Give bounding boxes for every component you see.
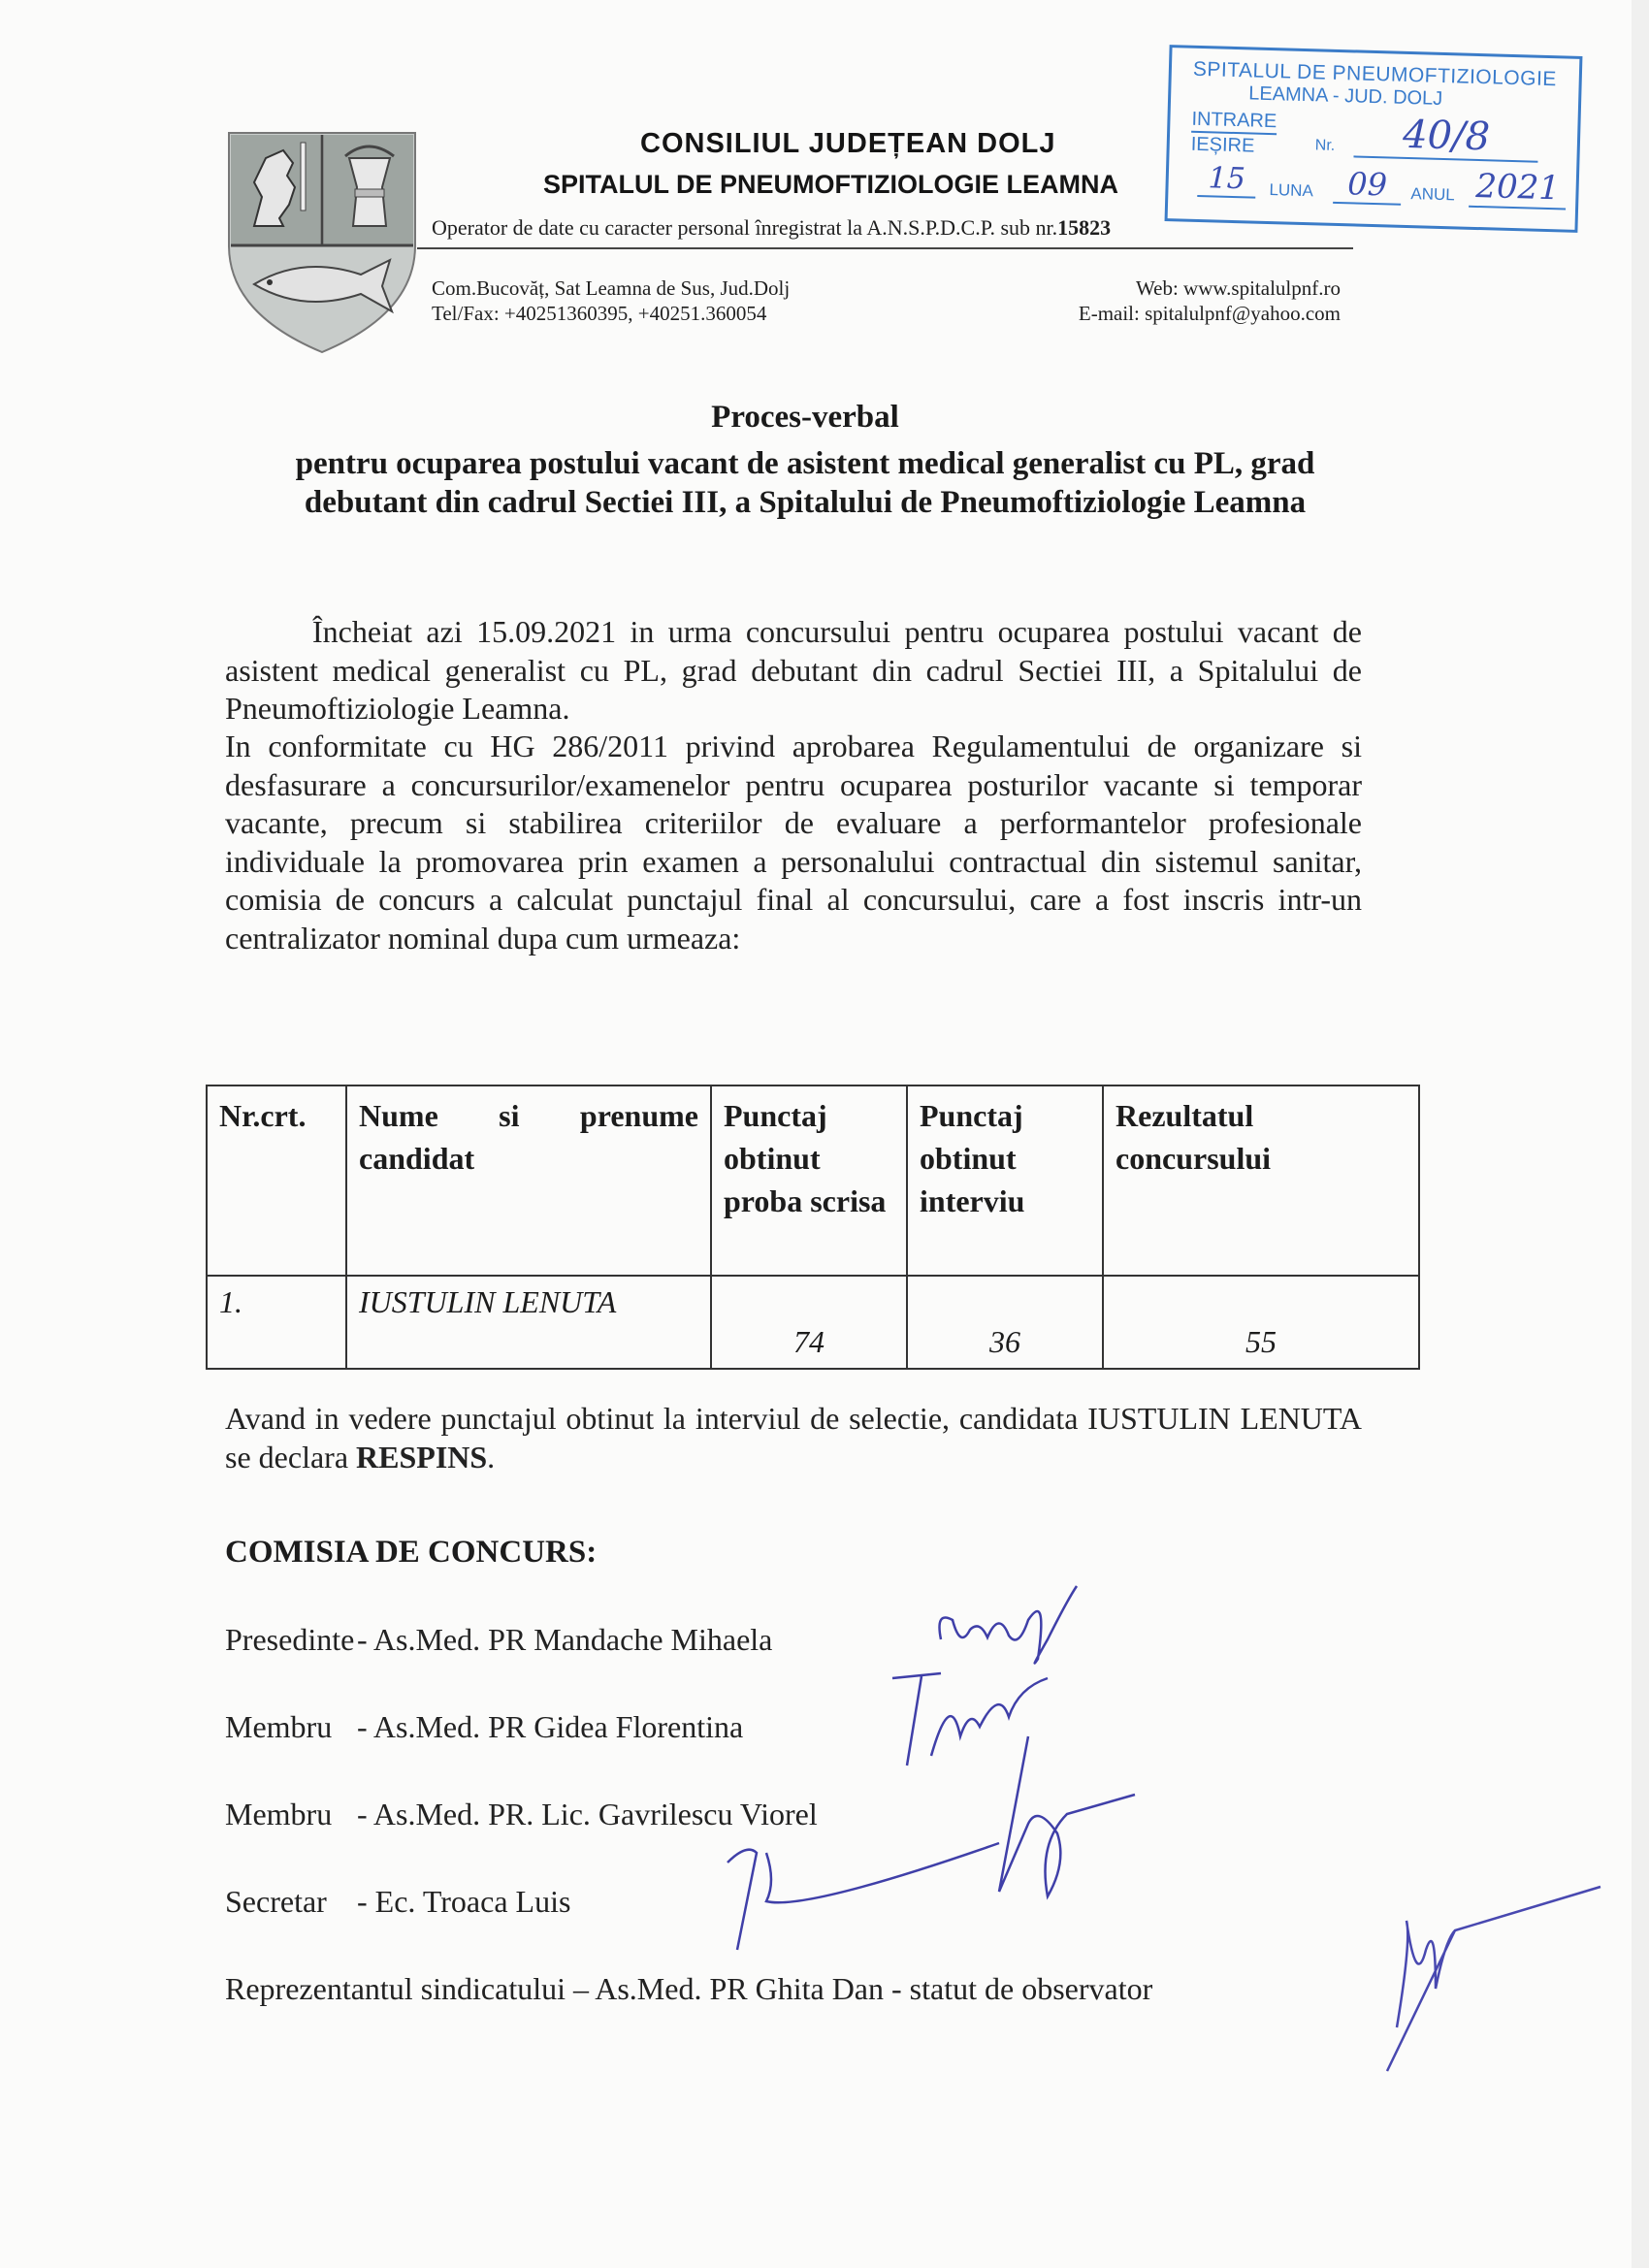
cell-name: IUSTULIN LENUTA (346, 1276, 711, 1369)
results-table: Nr.crt. Nume si prenume candidat Punctaj… (206, 1085, 1420, 1370)
member-role: Secretar (225, 1884, 349, 1920)
commission-heading: COMISIA DE CONCURS: (225, 1535, 597, 1571)
signature-secretary-icon (708, 1824, 1018, 1960)
member-role: Membru (225, 1709, 349, 1745)
hospital-name: SPITALUL DE PNEUMOFTIZIOLOGIE LEAMNA (543, 170, 1118, 200)
stamp-day-value: 15 (1197, 161, 1256, 199)
header-nr: Nr.crt. (207, 1085, 346, 1276)
commission-member: Membru - As.Med. PR Gidea Florentina (225, 1709, 743, 1745)
contact-block: Web: www.spitalulpnf.ro E-mail: spitalul… (1079, 275, 1341, 326)
stamp-nr-value: 40/8 (1353, 111, 1538, 162)
coat-of-arms-icon (225, 129, 419, 354)
stamp-nr-label: Nr. (1315, 137, 1336, 155)
table-row: 1. IUSTULIN LENUTA 74 36 55 (207, 1276, 1419, 1369)
commission-member: Membru - As.Med. PR. Lic. Gavrilescu Vio… (225, 1797, 818, 1832)
member-role: Membru (225, 1797, 349, 1832)
stamp-year-value: 2021 (1469, 167, 1567, 211)
stamp-month-label: LUNA (1269, 180, 1313, 201)
cell-result: 55 (1103, 1276, 1419, 1369)
operator-text: Operator de date cu caracter personal în… (432, 215, 1057, 240)
paragraph-legal-basis: In conformitate cu HG 286/2011 privind a… (225, 728, 1362, 957)
cell-interview-score: 36 (907, 1276, 1103, 1369)
header-divider (417, 247, 1353, 249)
website-link[interactable]: Web: www.spitalulpnf.ro (1079, 275, 1341, 301)
address-block: Com.Bucovăț, Sat Leamna de Sus, Jud.Dolj… (432, 275, 790, 326)
stamp-line2: LEAMNA - JUD. DOLJ (1248, 82, 1443, 111)
signature-president-icon (931, 1581, 1096, 1678)
data-operator-line: Operator de date cu caracter personal în… (432, 215, 1111, 241)
header-written-score: Punctaj obtinut proba scrisa (711, 1085, 907, 1276)
council-name: CONSILIUL JUDEȚEAN DOLJ (640, 128, 1056, 160)
member-name: - As.Med. PR Mandache Mihaela (357, 1622, 772, 1657)
registration-stamp: SPITALUL DE PNEUMOFTIZIOLOGIE LEAMNA - J… (1165, 45, 1583, 233)
paragraph-intro: Încheiat azi 15.09.2021 in urma concursu… (225, 613, 1362, 729)
header-name: Nume si prenume candidat (346, 1085, 711, 1276)
stamp-year-label: ANUL (1410, 184, 1455, 205)
member-name: - As.Med. PR Gidea Florentina (357, 1709, 743, 1744)
phone-line: Tel/Fax: +40251360395, +40251.360054 (432, 301, 790, 326)
stamp-iesire: IEȘIRE (1190, 134, 1254, 158)
email-link[interactable]: E-mail: spitalulpnf@yahoo.com (1079, 301, 1341, 326)
header-interview-score: Punctaj obtinut interviu (907, 1085, 1103, 1276)
commission-member: Secretar - Ec. Troaca Luis (225, 1884, 570, 1920)
signature-representative-icon (1377, 1882, 1610, 2076)
document-subtitle: pentru ocuparea postului vacant de asist… (194, 444, 1416, 522)
stamp-month-value: 09 (1333, 165, 1402, 206)
stamp-intrare: INTRARE (1191, 109, 1277, 135)
operator-number: 15823 (1057, 215, 1111, 240)
cell-nr: 1. (207, 1276, 346, 1369)
signature-member1-icon (873, 1649, 1067, 1775)
result-verdict: RESPINS (356, 1440, 487, 1474)
header-result: Rezultatul concursului (1103, 1085, 1419, 1276)
union-representative: Reprezentantul sindicatului – As.Med. PR… (225, 1971, 1152, 2007)
paragraph-conclusion: Avand in vedere punctajul obtinut la int… (225, 1400, 1362, 1476)
table-header-row: Nr.crt. Nume si prenume candidat Punctaj… (207, 1085, 1419, 1276)
commission-member: Presedinte - As.Med. PR Mandache Mihaela (225, 1622, 772, 1658)
document-title: Proces-verbal (194, 398, 1416, 437)
conclusion-suffix: . (487, 1440, 495, 1474)
signature-member2-icon (980, 1727, 1145, 1901)
member-role: Presedinte (225, 1622, 349, 1658)
member-name: - As.Med. PR. Lic. Gavrilescu Viorel (357, 1797, 818, 1831)
address-line: Com.Bucovăț, Sat Leamna de Sus, Jud.Dolj (432, 275, 790, 301)
member-name: - Ec. Troaca Luis (357, 1884, 570, 1919)
cell-written-score: 74 (711, 1276, 907, 1369)
